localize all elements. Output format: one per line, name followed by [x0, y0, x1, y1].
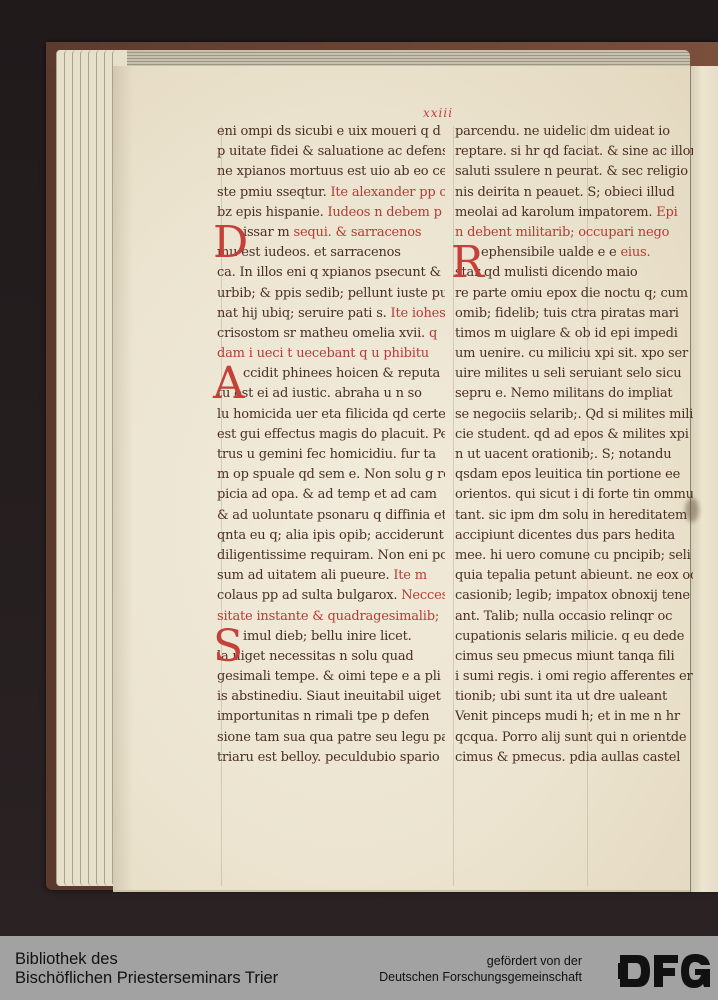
text-line: cimus seu pmecus miunt tanqa fili [455, 647, 693, 667]
line-text: ant. Talib; nulla occasio relinqr oc [455, 609, 672, 624]
line-text: m op spuale qd sem e. Non solu g res [217, 467, 445, 482]
facing-page-edge [690, 66, 718, 892]
text-line: & ad uoluntate psonaru q diffinia et [217, 506, 445, 526]
text-line: cimus & pmecus. pdia aullas castel [455, 748, 693, 768]
text-line: saluti ssulere n peurat. & sec religio [455, 162, 693, 182]
line-text: crisostom sr matheu omelia xvii. [217, 326, 429, 341]
line-text: omib; fidelib; tuis ctra piratas mari [455, 306, 679, 321]
text-line: cie student. qd ad epos & milites xpi [455, 425, 693, 445]
text-line: ephensibile ualde e e eius. [455, 243, 693, 263]
text-line: casionib; legib; impatox obnoxij tene [455, 586, 693, 606]
line-text: is abstinediu. Siaut ineuitabil uiget [217, 689, 441, 704]
text-line: tu est ei ad iustic. abraha u n so [217, 384, 445, 404]
rubric-text: Ite iohes [391, 306, 445, 321]
text-line: nis deirita n peauet. S; obieci illud [455, 183, 693, 203]
footer-banner: Bibliothek des Bischöflichen Priestersem… [0, 936, 718, 1000]
line-text: casionib; legib; impatox obnoxij tene [455, 588, 690, 603]
line-text: importunitas n rimali tpe p defen [217, 709, 429, 724]
text-line: imul dieb; bellu inire licet. [217, 627, 445, 647]
line-text: picia ad opa. & ad temp et ad cam [217, 487, 437, 502]
rubric-text: Ite m [393, 568, 427, 583]
text-line: n debent militarib; occupari nego [455, 223, 693, 243]
text-line: diligentissime requiram. Non eni pos [217, 546, 445, 566]
line-text: parcendu. ne uidelic dm uideat io [455, 124, 670, 139]
image-viewer: xxiii eni ompi ds sicubi e uix moueri q … [0, 0, 718, 936]
line-text: ne xpianos mortuus est uio ab eo cele [217, 164, 445, 179]
line-text: accipiunt dicentes dus pars hedita [455, 528, 675, 543]
text-line: colaus pp ad sulta bulgarox. Necces [217, 586, 445, 606]
line-text: meolai ad karolum impatorem. [455, 205, 656, 220]
parchment-stain [685, 498, 699, 522]
rubric-text: Iudeos n debem p [327, 205, 441, 220]
text-line: se negociis selarib;. Qd si milites mili [455, 405, 693, 425]
line-text: ccidit phinees hoicen & reputa [243, 366, 440, 381]
text-line: eni ompi ds sicubi e uix moueri q d [217, 122, 445, 142]
line-text: sione tam sua qua patre seu legu pa [217, 730, 445, 745]
line-text: qsdam epos leuitica tin portione ee [455, 467, 680, 482]
line-text: sepru e. Nemo militans do impliat [455, 386, 672, 401]
rubric-text: Ite alexander pp oi [330, 185, 445, 200]
line-text: trus u gemini fec homicidiu. fur ta [217, 447, 436, 462]
line-text: nis deirita n peauet. S; obieci illud [455, 185, 675, 200]
line-text: um uenire. cu miliciu xpi sit. xpo ser [455, 346, 688, 361]
line-text: issar m [243, 225, 293, 240]
text-line: ne xpianos mortuus est uio ab eo cele [217, 162, 445, 182]
line-text: lu homicida uer eta filicida qd certe [217, 407, 445, 422]
line-text: cupationis selaris milicie. q eu dede [455, 629, 684, 644]
text-line: uire milites u seli seruiant selo sicu [455, 364, 693, 384]
line-text: cimus & pmecus. pdia aullas castel [455, 750, 680, 765]
text-line: qsdam epos leuitica tin portione ee [455, 465, 693, 485]
text-line: urbib; & ppis sedib; pellunt iuste pug [217, 284, 445, 304]
text-line: tionib; ubi sunt ita ut dre ualeant [455, 687, 693, 707]
line-text: reptare. si hr qd faciat. & sine ac illo… [455, 144, 693, 159]
text-line: dam i ueci t uecebant q u phibitu [217, 344, 445, 364]
text-line: meolai ad karolum impatorem. Epi [455, 203, 693, 223]
decorated-initial: D [213, 221, 248, 265]
library-line-1: Bibliothek des [15, 950, 278, 969]
library-line-2: Bischöflichen Priesterseminars Trier [15, 969, 278, 988]
line-text: diligentissime requiram. Non eni pos [217, 548, 445, 563]
text-line: mee. hi uero comune cu pncipib; seli [455, 546, 693, 566]
line-text: triaru est belloy. peculdubio spario [217, 750, 440, 765]
text-line: importunitas n rimali tpe p defen [217, 707, 445, 727]
decorated-initial: A [213, 362, 245, 406]
line-text: ephensibile ualde e e [481, 245, 620, 260]
text-line: um uenire. cu miliciu xpi sit. xpo ser [455, 344, 693, 364]
line-text: qnta eu q; alia ipis opib; acciderunt [217, 528, 444, 543]
line-text: la uiget necessitas n solu quad [217, 649, 414, 664]
line-text: quia tepalia petunt abieunt. ne eox oc [455, 568, 693, 583]
line-text: Venit pinceps mudi h; et in me n hr [455, 709, 680, 724]
line-text: tionib; ubi sunt ita ut dre ualeant [455, 689, 667, 704]
text-line: reptare. si hr qd faciat. & sine ac illo… [455, 142, 693, 162]
line-text: uire milites u seli seruiant selo sicu [455, 366, 681, 381]
line-text: est gui effectus magis do placuit. Pe [217, 427, 445, 442]
text-line: m op spuale qd sem e. Non solu g res [217, 465, 445, 485]
line-text: sum ad uitatem ali pueure. [217, 568, 393, 583]
rubric-text: n debent militarib; occupari nego [455, 225, 669, 240]
rubric-text: eius. [620, 245, 650, 260]
line-text: se negociis selarib;. Qd si milites mili [455, 407, 693, 422]
text-line: tant. sic ipm dm solu in hereditatem [455, 506, 693, 526]
text-line: p uitate fidei & saluatione ac defensio [217, 142, 445, 162]
line-text: nat hij ubiq; seruire pati s. [217, 306, 391, 321]
line-text: i sumi regis. i omi regio afferentes era… [455, 669, 693, 684]
text-line: sum ad uitatem ali pueure. Ite m [217, 566, 445, 586]
decorated-initial: R [451, 241, 484, 285]
manuscript-page: xxiii eni ompi ds sicubi e uix moueri q … [113, 66, 690, 892]
line-text: ste pmiu sseqtur. [217, 185, 330, 200]
decorated-initial: S [213, 625, 243, 669]
rubric-text: Epi [656, 205, 677, 220]
text-line: timos m uiglare & ob id epi impedi [455, 324, 693, 344]
line-text: colaus pp ad sulta bulgarox. [217, 588, 401, 603]
line-text: cimus seu pmecus miunt tanqa fili [455, 649, 674, 664]
text-line: parcendu. ne uidelic dm uideat io [455, 122, 693, 142]
text-line: Venit pinceps mudi h; et in me n hr [455, 707, 693, 727]
line-text: imul dieb; bellu inire licet. [243, 629, 412, 644]
funding-credit: gefördert von der Deutschen Forschungsge… [379, 953, 582, 985]
line-text: eni ompi ds sicubi e uix moueri q d [217, 124, 441, 139]
text-line: crisostom sr matheu omelia xvii. q [217, 324, 445, 344]
text-line: ant. Talib; nulla occasio relinqr oc [455, 607, 693, 627]
text-line: ccidit phinees hoicen & reputa [217, 364, 445, 384]
rubric-text: q [429, 326, 437, 341]
text-line: lu homicida uer eta filicida qd certe [217, 405, 445, 425]
line-text: orientos. qui sicut i di forte tin ommuc [455, 487, 693, 502]
line-text: mee. hi uero comune cu pncipib; seli [455, 548, 691, 563]
line-text: ca. In illos eni q xpianos psecunt & ex [217, 265, 445, 280]
text-line: accipiunt dicentes dus pars hedita [455, 526, 693, 546]
text-line: picia ad opa. & ad temp et ad cam [217, 485, 445, 505]
text-line: trus u gemini fec homicidiu. fur ta [217, 445, 445, 465]
line-text: & ad uoluntate psonaru q diffinia et [217, 508, 445, 523]
text-line: qcqua. Porro alij sunt qui n orientde [455, 728, 693, 748]
line-text: cie student. qd ad epos & milites xpi [455, 427, 689, 442]
text-line: la uiget necessitas n solu quad [217, 647, 445, 667]
line-text: urbib; & ppis sedib; pellunt iuste pug [217, 286, 445, 301]
text-line: triaru est belloy. peculdubio spario [217, 748, 445, 768]
text-line: n ut uacent orationib;. S; notandu [455, 445, 693, 465]
text-line: est gui effectus magis do placuit. Pe [217, 425, 445, 445]
library-credit: Bibliothek des Bischöflichen Priestersem… [15, 950, 278, 988]
line-text: tu est ei ad iustic. abraha u n so [217, 386, 422, 401]
text-line: sitate instante & quadragesimalib; [217, 607, 445, 627]
text-line: ca. In illos eni q xpianos psecunt & ex [217, 263, 445, 283]
line-text: timos m uiglare & ob id epi impedi [455, 326, 678, 341]
text-line: star qd mulisti dicendo maio [455, 263, 693, 283]
text-line: bz epis hispanie. Iudeos n debem p [217, 203, 445, 223]
text-line: cupationis selaris milicie. q eu dede [455, 627, 693, 647]
line-text: n ut uacent orationib;. S; notandu [455, 447, 671, 462]
text-line: re parte omiu epox die noctu q; cum [455, 284, 693, 304]
rubric-text: dam i ueci t uecebant q u phibitu [217, 346, 429, 361]
text-line: nat hij ubiq; seruire pati s. Ite iohes [217, 304, 445, 324]
line-text: sequi. & sarracenos [293, 225, 421, 240]
text-line: sepru e. Nemo militans do impliat [455, 384, 693, 404]
text-line: is abstinediu. Siaut ineuitabil uiget [217, 687, 445, 707]
funding-line-1: gefördert von der [379, 953, 582, 969]
text-line: ste pmiu sseqtur. Ite alexander pp oi [217, 183, 445, 203]
text-line: omib; fidelib; tuis ctra piratas mari [455, 304, 693, 324]
text-line: gesimali tempe. & oimi tepe e a pli [217, 667, 445, 687]
text-line: quia tepalia petunt abieunt. ne eox oc [455, 566, 693, 586]
right-text-column: parcendu. ne uidelic dm uideat io reptar… [455, 122, 693, 768]
line-text: tant. sic ipm dm solu in hereditatem [455, 508, 687, 523]
dfg-logo-icon [618, 953, 712, 989]
line-text: saluti ssulere n peurat. & sec religio [455, 164, 688, 179]
text-line: sione tam sua qua patre seu legu pa [217, 728, 445, 748]
text-line: orientos. qui sicut i di forte tin ommuc [455, 485, 693, 505]
text-line: mu est iudeos. et sarracenos [217, 243, 445, 263]
line-text: re parte omiu epox die noctu q; cum [455, 286, 688, 301]
folio-number: xxiii [423, 106, 453, 120]
line-text: qcqua. Porro alij sunt qui n orientde [455, 730, 686, 745]
left-text-column: eni ompi ds sicubi e uix moueri q d p ui… [217, 122, 445, 768]
line-text: p uitate fidei & saluatione ac defensio [217, 144, 445, 159]
text-line: i sumi regis. i omi regio afferentes era… [455, 667, 693, 687]
text-line: issar m sequi. & sarracenos [217, 223, 445, 243]
rubric-text: Necces [401, 588, 445, 603]
rubric-text: sitate instante & quadragesimalib; [217, 609, 439, 624]
text-line: qnta eu q; alia ipis opib; acciderunt [217, 526, 445, 546]
line-text: gesimali tempe. & oimi tepe e a pli [217, 669, 441, 684]
funding-line-2: Deutschen Forschungsgemeinschaft [379, 969, 582, 985]
